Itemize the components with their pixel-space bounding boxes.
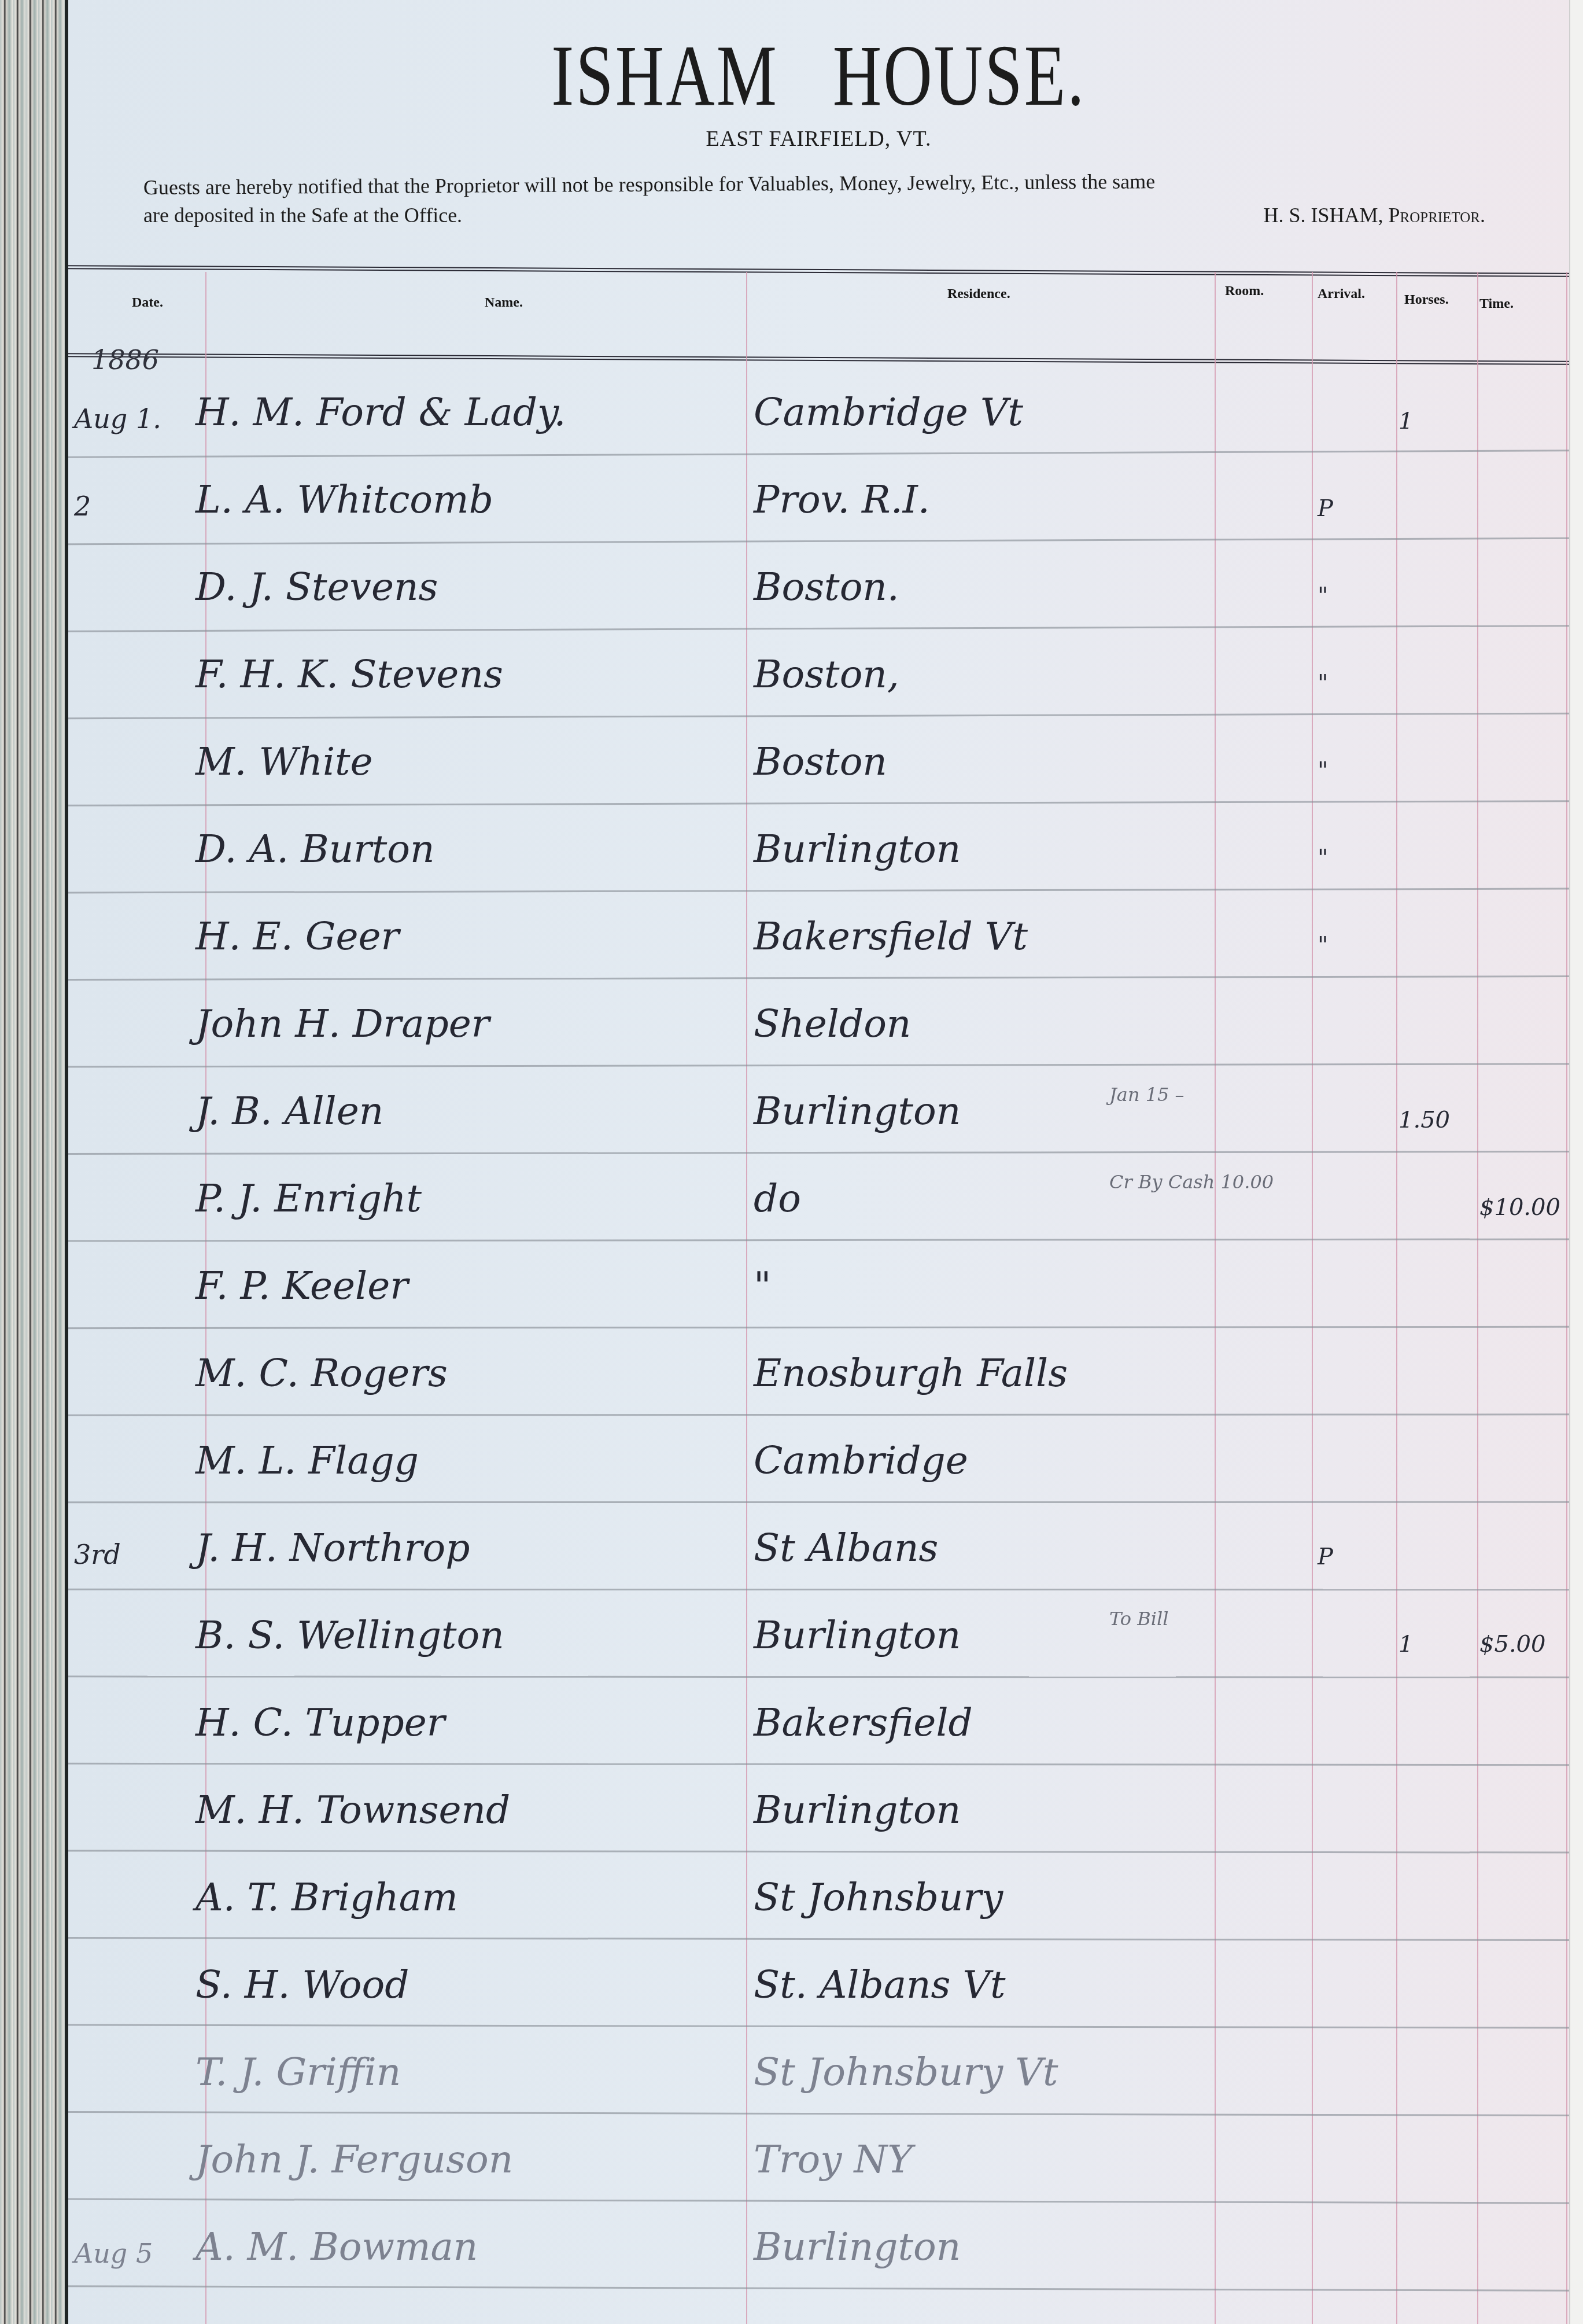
table-row: 2L. A. WhitcombProv. R.I.P [68,458,1569,535]
cell-name: L. A. Whitcomb [195,477,493,522]
ruled-line [68,1326,1569,1329]
page-title: ISHAMHOUSE. [233,26,1404,126]
notice-line-1: Guests are hereby notified that the Prop… [143,165,1543,201]
cell-name: M. White [195,739,373,784]
cell-name: F. P. Keeler [195,1264,408,1308]
cell-residence: Boston. [754,565,899,609]
table-row: F. P. Keeler" [68,1244,1569,1321]
cell-date: 2 [74,491,91,522]
cell-residence: Troy NY [754,2137,913,2182]
cell-residence: St Johnsbury [754,1875,1003,1920]
cell-name: H. M. Ford & Lady. [195,390,566,434]
table-row: A. T. BrighamSt Johnsbury [68,1855,1569,1932]
cell-residence: Burlington [754,1613,961,1658]
cell-residence: Burlington [754,827,961,871]
table-row: M. H. TownsendBurlington [68,1768,1569,1845]
table-row: P. J. Enrightdo$10.00Cr By Cash 10.00 [68,1157,1569,1233]
ruled-line [68,450,1569,458]
cell-residence: Cambridge Vt [754,390,1023,434]
column-header-arrival: Arrival. [1318,286,1365,302]
ruled-line [68,1238,1569,1242]
title-word-isham: ISHAM [551,28,778,124]
ruled-line [68,975,1569,981]
cell-arrival: P [1318,495,1333,522]
table-row: F. H. K. StevensBoston," [68,632,1569,709]
cell-name: M. L. Flagg [195,1438,419,1483]
column-header-room: Room. [1225,283,1264,299]
cell-name: A. T. Brigham [195,1875,458,1920]
ruled-line [68,2111,1569,2116]
cell-name: F. H. K. Stevens [195,652,503,697]
cell-arrival: P [1318,1544,1333,1570]
register-page: ISHAMHOUSE. EAST FAIRFIELD, VT. Guests a… [68,0,1569,2324]
cell-time: $10.00 [1479,1194,1560,1221]
notice-text: are deposited in the Safe at the Office. [143,201,462,229]
table-row: Aug 1.H. M. Ford & Lady.Cambridge Vt1 [68,370,1569,447]
cell-name: M. C. Rogers [195,1351,448,1395]
proprietor-signature: H. S. ISHAM, Proprietor. [1263,201,1543,229]
cell-residence: Enosburgh Falls [754,1351,1068,1395]
cell-name: A. M. Bowman [195,2224,478,2269]
column-header-date: Date. [132,295,163,311]
cell-residence: Boston, [754,652,899,697]
cell-residence: Cambridge [754,1438,968,1483]
table-row: T. J. GriffinSt Johnsbury Vt [68,2030,1569,2107]
cell-residence: St Johnsbury Vt [754,2050,1058,2094]
cell-name: J. B. Allen [195,1089,383,1133]
column-header-residence: Residence. [947,286,1010,302]
cell-name: D. A. Burton [195,827,434,871]
cell-name: P. J. Enright [195,1176,422,1221]
guest-notice: Guests are hereby notified that the Prop… [143,174,1543,229]
cell-name: D. J. Stevens [195,565,438,609]
column-header-time: Time. [1479,296,1514,312]
ruled-line [68,1063,1569,1068]
page-edge [1569,0,1583,2324]
cell-arrival: " [1318,932,1328,959]
table-row: John J. FergusonTroy NY [68,2117,1569,2194]
cell-date: 3rd [74,1539,121,1570]
table-row: S. H. WoodSt. Albans Vt [68,1943,1569,2020]
cell-name: John J. Ferguson [195,2137,513,2182]
ruled-line [68,1850,1569,1853]
cell-horses: 1 [1398,408,1413,434]
cell-name: H. C. Tupper [195,1700,445,1745]
table-row: Aug 5A. M. BowmanBurlington [68,2205,1569,2282]
cell-residence: Prov. R.I. [754,477,930,522]
ruled-line [68,1501,1569,1503]
ruled-line [68,1937,1569,1941]
cell-date: Aug 1. [74,403,161,434]
cell-arrival: " [1318,845,1328,871]
cell-note: Cr By Cash 10.00 [1109,1171,1274,1193]
cell-name: John H. Draper [195,1001,489,1046]
cell-arrival: " [1318,583,1328,609]
table-row: D. J. StevensBoston." [68,545,1569,622]
ruled-line [68,1589,1569,1590]
table-row: H. C. TupperBakersfield [68,1681,1569,1758]
ruled-line [68,2024,1569,2029]
ruled-line [68,1151,1569,1155]
table-row: B. S. WellingtonBurlington1$5.00To Bill [68,1593,1569,1670]
column-header-name: Name. [485,295,523,311]
ruled-line [68,800,1569,806]
table-row: J. B. AllenBurlington1.50Jan 15 – [68,1069,1569,1146]
cell-residence: " [754,1264,771,1308]
cell-arrival: " [1318,757,1328,784]
cell-name: J. H. Northrop [195,1526,470,1570]
ruled-line [68,1675,1569,1678]
ruled-line [68,625,1569,632]
book-binding-pages [0,0,68,2324]
table-row: 3rdJ. H. NorthropSt AlbansP [68,1506,1569,1583]
cell-residence: Bakersfield [754,1700,973,1745]
cell-name: B. S. Wellington [195,1613,504,1658]
ruled-line [68,1763,1569,1766]
column-header-horses: Horses. [1404,292,1449,308]
table-row: D. A. BurtonBurlington" [68,807,1569,884]
table-row: M. L. FlaggCambridge [68,1419,1569,1496]
table-row: M. C. RogersEnosburgh Falls [68,1331,1569,1408]
cell-note: Jan 15 – [1109,1084,1185,1106]
title-word-house: HOUSE. [833,28,1086,124]
cell-horses: 1.50 [1398,1107,1450,1133]
ruled-line [68,537,1569,545]
cell-name: M. H. Townsend [195,1788,510,1832]
cell-time: $5.00 [1479,1631,1546,1658]
cell-date: Aug 5 [74,2238,153,2269]
ruled-line [68,2198,1569,2204]
cell-name: S. H. Wood [195,1962,409,2007]
cell-residence: Boston [754,739,887,784]
cell-name: H. E. Geer [195,914,399,959]
column-header-band [68,265,1569,365]
cell-residence: Sheldon [754,1001,911,1046]
cell-residence: Bakersfield Vt [754,914,1028,959]
ruled-line [68,1413,1569,1416]
ruled-line [68,888,1569,894]
table-row: H. E. GeerBakersfield Vt" [68,894,1569,971]
cell-residence: do [754,1176,801,1221]
cell-residence: Burlington [754,2224,961,2269]
ruled-line [68,713,1569,720]
cell-note: To Bill [1109,1608,1169,1630]
table-row: John H. DraperSheldon [68,982,1569,1059]
location: EAST FAIRFIELD, VT. [68,126,1569,152]
notice-line-2: are deposited in the Safe at the Office.… [143,201,1543,229]
cell-residence: St Albans [754,1526,938,1570]
cell-residence: Burlington [754,1788,961,1832]
cell-residence: St. Albans Vt [754,1962,1006,2007]
cell-horses: 1 [1398,1631,1413,1658]
cell-name: T. J. Griffin [195,2050,401,2094]
ruled-line [68,2285,1569,2292]
table-row: M. WhiteBoston" [68,720,1569,797]
cell-arrival: " [1318,670,1328,697]
cell-residence: Burlington [754,1089,961,1133]
